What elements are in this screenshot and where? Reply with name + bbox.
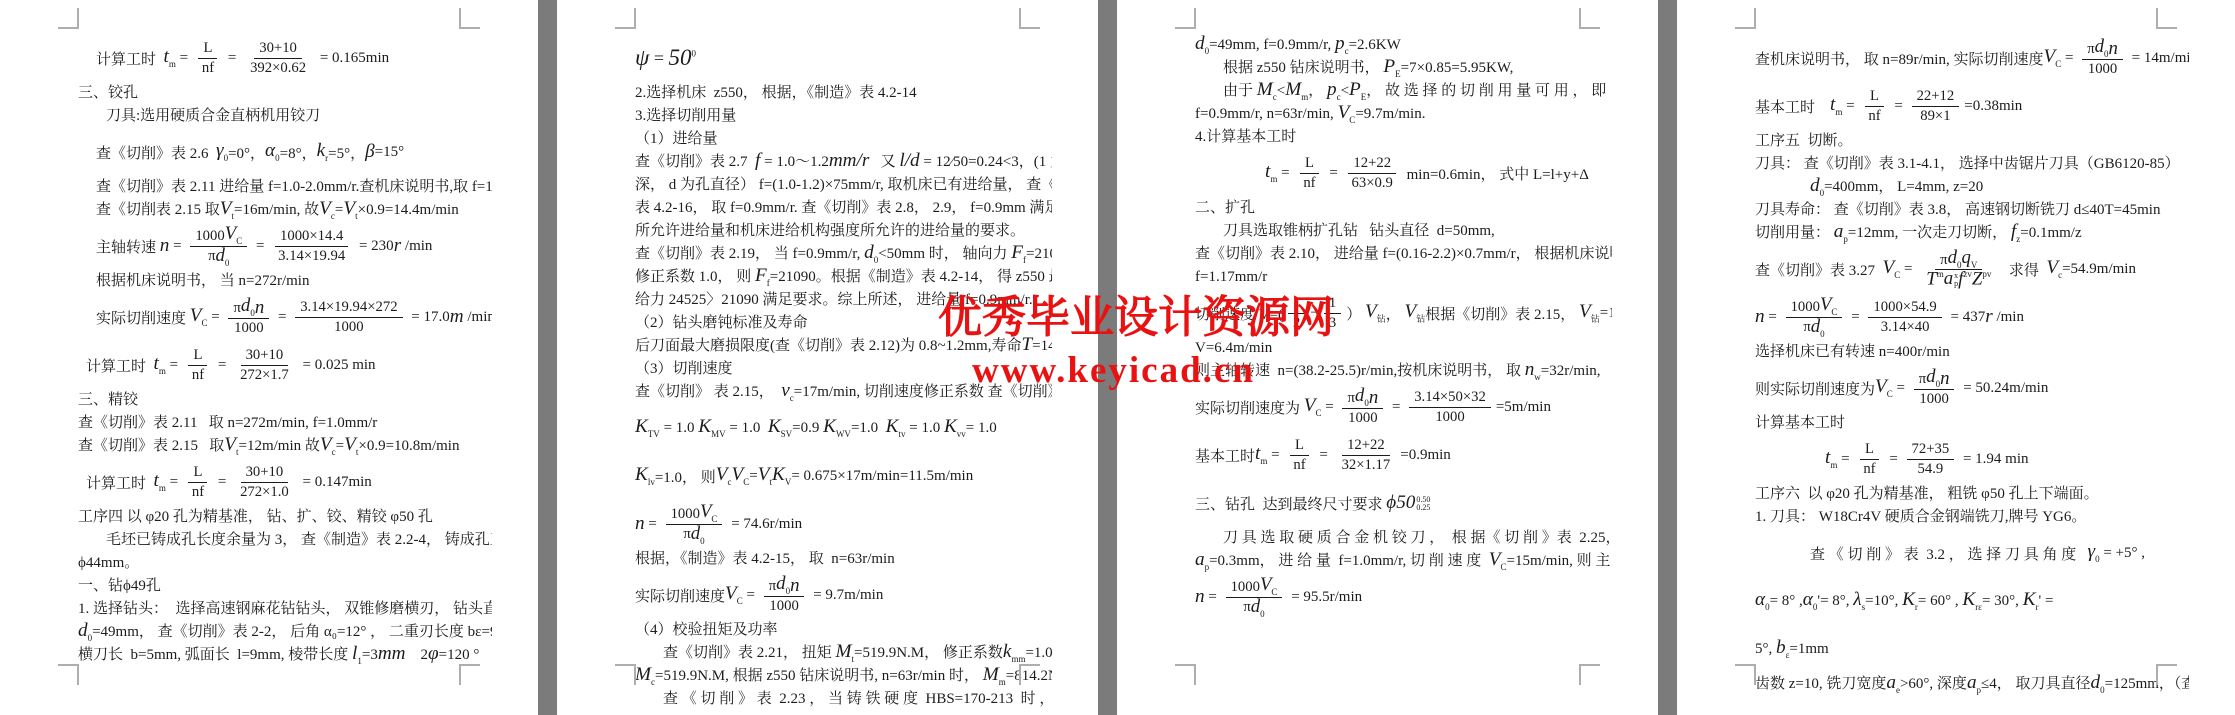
- document-line: 表 4.2-16， 取 f=0.9mm/r. 查《切削》表 2.8， 2.9， …: [635, 197, 1052, 220]
- text-boundary-mark: [1579, 664, 1600, 685]
- text-boundary-mark: [1579, 8, 1600, 29]
- document-line: 查《切削》表 2.11 进给量 f=1.0-2.0mm/r.查机床说明书,取 f…: [78, 176, 492, 199]
- document-line: 工序四 以 φ20 孔为精基准， 钻、扩、铰、精铰 φ50 孔: [78, 506, 492, 529]
- text-boundary-mark: [1175, 8, 1196, 29]
- text-boundary-mark: [615, 8, 636, 29]
- document-line: KTV = 1.0 KMV = 1.0 KSV=0.9 KWV=1.0 Ktv …: [635, 404, 1052, 452]
- document-line: 计算工时 tm = Lnf = 30+10392×0.62 = 0.165min: [78, 34, 492, 82]
- document-line: 5°, bε=1mm: [1755, 625, 2189, 673]
- document-line: 选择机床已有转速 n=400r/min: [1755, 341, 2189, 364]
- document-viewer: 计算工时 tm = Lnf = 30+10392×0.62 = 0.165min…: [0, 0, 2235, 715]
- document-line: 深， d 为孔直径） f=(1.0-1.2)×75mm/r, 取机床已有进给量，…: [635, 174, 1052, 197]
- document-line: （4）校验扭矩及功率: [635, 619, 1052, 642]
- document-line: 查《切削》表 2.15 取Vt=12m/min 故Vc=Vt×0.9=10.8m…: [78, 435, 492, 458]
- document-line: tm = Lnf = 72+3554.9 = 1.94 min: [1755, 435, 2189, 483]
- watermark-text: 优秀毕业设计资源网: [938, 294, 1334, 342]
- document-line: 计算工时 tm = Lnf = 30+10272×1.7 = 0.025 min: [78, 341, 492, 389]
- document-line: 所允许进给量和机床进给机构强度所允许的进给量的要求。: [635, 220, 1052, 243]
- document-line: 基本工时 tm = Lnf = 22+1289×1=0.38min: [1755, 82, 2189, 130]
- document-line: 切削用量： ap=12mm, 一次走刀切断， fz=0.1mm/z: [1755, 222, 2189, 245]
- text-boundary-mark: [1019, 8, 1040, 29]
- document-line: 基本工时tm = Lnf = 12+2232×1.17=0.9min: [1195, 431, 1612, 479]
- document-line: 查《切削表 2.15 取Vt=16m/min, 故Vc=Vt×0.9=14.4m…: [78, 199, 492, 222]
- document-line: 刀具:选用硬质合金直柄机用铰刀: [78, 105, 492, 128]
- document-line: ψ = 500: [635, 34, 1052, 82]
- document-line: ϕ44mm。: [78, 552, 492, 575]
- document-line: 查《切削》表 2.6 γ0=0°，α0=8°，kr=5°，β=15°: [78, 128, 492, 176]
- document-line: 实际切削速度VC = πd0n1000 = 9.7m/min: [635, 571, 1052, 619]
- document-line: 刀具选取锥柄扩孔钻 钻头直径 d=50mm,: [1195, 220, 1612, 243]
- document-line: f=0.9mm/r, n=63r/min, VC=9.7m/min.: [1195, 103, 1612, 126]
- text-boundary-mark: [1735, 664, 1756, 685]
- document-line: 刀具： 查《切削》表 3.1-4.1， 选择中齿锯片刀具（GB6120-85）: [1755, 153, 2189, 176]
- document-line: 查《切削》表 3.27 VC = πd0qVTmaxpfzvZpv 求得 Vc=…: [1755, 245, 2189, 293]
- document-line: 查 《 切 削 》 表 3.2 ， 选 择 刀 具 角 度 γ0 = +5° ,: [1755, 529, 2189, 577]
- document-line: 毛坯已铸成孔长度余量为 3， 查《制造》表 2.2-4， 铸成孔直径为: [78, 529, 492, 552]
- document-line: 由于 Mc<Mm， pc<PE， 故 选 择 的 切 削 用 量 可 用 ， 即…: [1195, 80, 1612, 103]
- document-line: 1. 刀具： W18Cr4V 硬质合金钢端铣刀,牌号 YG6。: [1755, 506, 2189, 529]
- text-boundary-mark: [459, 664, 480, 685]
- text-boundary-mark: [1019, 664, 1040, 685]
- document-line: 查机床说明书， 取 n=89r/min, 实际切削速度VC = πd0n1000…: [1755, 34, 2189, 82]
- text-boundary-mark: [2156, 664, 2177, 685]
- watermark-url: www.keyicad.cn: [938, 351, 1334, 392]
- watermark: 优秀毕业设计资源网 www.keyicad.cn: [938, 294, 1334, 392]
- text-boundary-mark: [2156, 8, 2177, 29]
- document-line: n = 1000VCπd0 = 74.6r/min: [635, 500, 1052, 548]
- document-line: 主轴转速 n = 1000VCπd0 = 1000×14.43.14×19.94…: [78, 222, 492, 270]
- document-line: 一、钻ϕ49孔: [78, 575, 492, 598]
- document-line: 三、精铰: [78, 389, 492, 412]
- text-boundary-mark: [58, 8, 79, 29]
- document-line: ap=0.3mm， 进 给 量 f=1.0mm/r, 切 削 速 度 VC=15…: [1195, 550, 1612, 573]
- document-line: n = 1000VCπd0 = 1000×54.93.14×40 = 437r …: [1755, 293, 2189, 341]
- document-line: 三、铰孔: [78, 82, 492, 105]
- document-line: 4.计算基本工时: [1195, 126, 1612, 149]
- document-line: 查《切削》表 2.21， 扭矩 Mt=519.9N.M， 修正系数kmm=1.0…: [635, 642, 1052, 665]
- document-line: d0=49mm, f=0.9mm/r, pc=2.6KW: [1195, 34, 1612, 57]
- document-line: 2.选择机床 z550， 根据，《制造》表 4.2-14: [635, 82, 1052, 105]
- document-line: f=1.17mm/r: [1195, 266, 1612, 289]
- document-line: d0=400mm， L=4mm, z=20: [1755, 176, 2189, 199]
- page-1: 计算工时 tm = Lnf = 30+10392×0.62 = 0.165min…: [0, 0, 538, 715]
- document-line: Klv=1.0， 则VcVC=VtKV= 0.675×17m/min=11.5m…: [635, 452, 1052, 500]
- document-line: 二、扩孔: [1195, 197, 1612, 220]
- document-line: 查《切削》表 2.11 取 n=272m/min, f=1.0mm/r: [78, 412, 492, 435]
- page-4-content: 查机床说明书， 取 n=89r/min, 实际切削速度VC = πd0n1000…: [1755, 34, 2189, 696]
- document-line: α0= 8° ,α0'= 8°, λs=10°, Kr= 60° , Krε= …: [1755, 577, 2189, 625]
- document-line: 根据 z550 钻床说明书， PE=7×0.85=5.95KW,: [1195, 57, 1612, 80]
- document-line: d0=49mm， 查《切削》表 2-2， 后角 α₀=12° ， 二重刃长度 b…: [78, 621, 492, 644]
- document-line: 查《切削》表 2.10， 进给量 f=(0.16-2.2)×0.7mm/r， 根…: [1195, 243, 1612, 266]
- document-line: tm = Lnf = 12+2263×0.9 min=0.6min， 式中 L=…: [1195, 149, 1612, 197]
- document-line: 查 《 切 削 》 表 2.23 ， 当 铸 铁 硬 度 HBS=170-213…: [635, 688, 1052, 711]
- text-boundary-mark: [1175, 664, 1196, 685]
- document-line: 根据，《制造》表 4.2-15， 取 n=63r/min: [635, 548, 1052, 571]
- document-line: 则实际切削速度为VC = πd0n1000 = 50.24m/min: [1755, 364, 2189, 412]
- page-4: 查机床说明书， 取 n=89r/min, 实际切削速度VC = πd0n1000…: [1677, 0, 2235, 715]
- document-line: 查《切削》表 2.7 f = 1.0～1.2mm/r 又 l/d = 12⁄50…: [635, 151, 1052, 174]
- text-boundary-mark: [459, 8, 480, 29]
- document-line: 根据机床说明书， 当 n=272r/min: [78, 270, 492, 293]
- document-line: Mc=519.9N.M, 根据 z550 钻床说明书, n=63r/min 时，…: [635, 665, 1052, 688]
- document-line: 横刀长 b=5mm, 弧面长 l=9mm, 棱带长度 l1=3mm 2φ=120…: [78, 644, 492, 667]
- text-boundary-mark: [58, 664, 79, 685]
- document-line: 3.选择切削用量: [635, 105, 1052, 128]
- document-line: 工序五 切断。: [1755, 130, 2189, 153]
- document-line: 三、钻孔 达到最终尺寸要求 ϕ500.500.25: [1195, 479, 1612, 527]
- document-line: n = 1000VCπd0 = 95.5r/min: [1195, 573, 1612, 621]
- document-line: 1. 选择钻头： 选择高速钢麻花钻钻头， 双锥修磨横刃， 钻头直径: [78, 598, 492, 621]
- document-line: 工序六 以 φ20 孔为精基准， 粗铣 φ50 孔上下端面。: [1755, 483, 2189, 506]
- document-line: 查《切削》表 2.19， 当 f=0.9mm/r, d0<50mm 时， 轴向力…: [635, 243, 1052, 266]
- document-line: （1）进给量: [635, 128, 1052, 151]
- document-line: 实际切削速度 VC = πd0n1000 = 3.14×19.94×272100…: [78, 293, 492, 341]
- document-line: 齿数 z=10, 铣刀宽度ae>60°, 深度ap≤4， 取刀具直径d0=125…: [1755, 673, 2189, 696]
- document-line: 刀具寿命： 查《切削》表 3.8， 高速钢切断铣刀 d≤40T=45min: [1755, 199, 2189, 222]
- document-line: 刀 具 选 取 硬 质 合 金 机 铰 刀 ， 根 据《 切 削 》表 2.25…: [1195, 527, 1612, 550]
- document-line: 计算工时 tm = Lnf = 30+10272×1.0 = 0.147min: [78, 458, 492, 506]
- document-line: 修正系数 1.0， 则 Ff=21090。根据《制造》表 4.2-14， 得 z…: [635, 266, 1052, 289]
- page-1-content: 计算工时 tm = Lnf = 30+10392×0.62 = 0.165min…: [78, 34, 492, 667]
- text-boundary-mark: [615, 664, 636, 685]
- text-boundary-mark: [1735, 8, 1756, 29]
- document-line: 计算基本工时: [1755, 412, 2189, 435]
